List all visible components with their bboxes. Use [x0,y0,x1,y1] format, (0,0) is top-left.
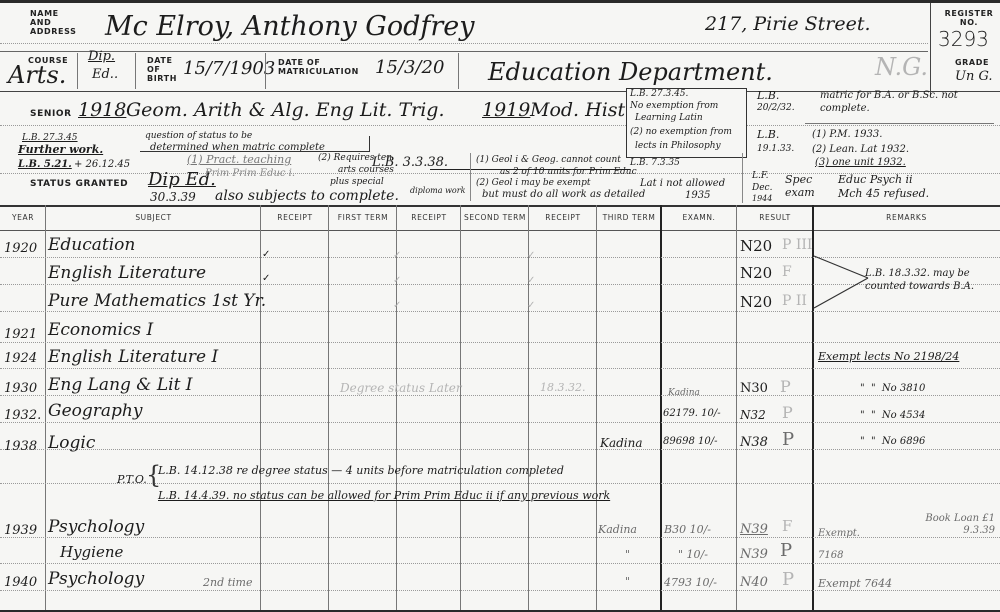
grade-label: Grade [955,58,989,67]
col-header-third-term: Third Term [597,207,661,229]
student-name: Mc Elroy, Anthony Godfrey [105,11,475,42]
date-of-birth: 15/7/1903 [183,58,275,79]
condition-2: (2) Requires ten [318,153,392,163]
condition-3c: (2) Geol i may be exempt [476,178,590,188]
senior-subjects-1919: Mod. Hist [530,99,625,121]
condition-latin: Lat i not allowed [640,178,725,189]
register-label: Register No. [940,9,998,27]
lb-note2-line3: (3) one unit 1932. [815,157,906,168]
check-icon: ✓ [393,275,401,286]
condition-3d: but must do all work as detailed [482,189,645,200]
col-header-first-term: First Term [329,207,397,229]
lb-note-text: matric for B.A. or B.Sc. not complete. [820,89,990,115]
col-header-receipt-3: Receipt [529,207,597,229]
spec-exam-note-1: Educ Psych ii [838,173,913,186]
exemption-note-box: L.B. 27.3.45. No exemption from Learning… [626,88,747,158]
lb-date-26-12-45: + 26.12.45 [74,159,130,170]
pto-label: P.T.O. [117,473,147,486]
lb-note2-line2: (2) Lean. Lat 1932. [812,144,909,155]
check-icon: ✓ [527,275,535,286]
further-work-date: L.B. 27.3.45 [22,133,78,143]
check-icon: ✓ [393,300,401,311]
lf-dec: Dec. [752,183,772,193]
col-header-result: Result [737,207,813,229]
senior-label: Senior [30,110,72,119]
col-header-subject: Subject [46,207,261,229]
condition-2d: diploma work [410,186,465,195]
lf-year: 1944 [752,194,772,203]
condition-3b: as 2 of 10 units for Prim Educ [500,167,637,177]
course-value: Arts. [8,61,66,89]
lb-note2-label: L.B. [757,128,779,141]
check-icon: ✓ [527,250,535,261]
condition-1: (1) Pract. teaching [187,153,291,166]
col-header-remarks: Remarks [813,207,1000,229]
col-header-year: Year [0,207,46,229]
matric-label: Date of Matriculation [278,58,359,76]
status-granted-note: also subjects to complete. [215,188,399,204]
date-of-matriculation: 15/3/20 [375,57,444,78]
lb-note-label: L.B. [757,89,779,102]
lb-note-date: 20/2/32. [757,103,795,113]
dob-label: Date of Birth [147,56,177,83]
faint-degree-note: Degree status Later [340,381,462,395]
condition-1935: 1935 [685,190,710,201]
col-header-receipt-2: Receipt [397,207,461,229]
further-work-note: Further work. [18,143,103,156]
check-icon: ✓ [527,300,535,311]
status-granted-label: Status Granted [30,180,128,189]
check-icon: ✓ [393,250,401,261]
spec-exam: Spec exam [785,173,825,199]
condition-lb-date: L.B. 7.3.35 [630,158,680,168]
status-granted-date: 30.3.39 [150,190,196,204]
name-address-label: Name and Address [30,9,76,36]
student-address: 217, Pirie Street. [705,13,871,35]
course-sub-2: Ed.. [92,67,118,82]
condition-2b: arts courses [338,165,394,175]
grade-value: Un G. [955,69,993,84]
senior-year-1918: 1918 [78,99,126,121]
course-sub-1: Dip. [88,49,115,64]
col-header-receipt-1: Receipt [261,207,329,229]
lb-5-21-note: L.B. 5.21. [18,159,72,170]
lb-note2-date: 19.1.33. [757,144,794,154]
bracket-arrow-icon [812,253,872,313]
grade-mark: N.G. [875,53,928,81]
status-granted-sub: Prim Prim Educ i. [205,168,295,179]
col-header-second-term: Second Term [461,207,529,229]
lf-label: L.F. [752,171,769,181]
senior-year-1919: 1919 [482,99,530,121]
register-number: 3293 [938,27,989,51]
student-record-card: Name and Address Mc Elroy, Anthony Godfr… [0,0,1000,612]
spec-exam-note-2: Mch 45 refused. [838,187,929,200]
check-icon: ✓ [262,249,270,260]
department: Education Department. [488,58,773,86]
pto-note-2: L.B. 14.4.39. no status can be allowed f… [158,489,610,502]
lb-note2-line1: (1) P.M. 1933. [812,129,882,140]
faint-date: 18.3.32. [540,381,585,394]
condition-2c: plus special [330,177,384,187]
senior-subjects-1918: Geom. Arith & Alg. Eng Lit. Trig. [126,99,445,121]
bracket-line [140,136,370,152]
condition-3a: (1) Geol i & Geog. cannot count [476,155,621,165]
col-header-examn: Examn. [661,207,737,229]
pto-note-1: L.B. 14.12.38 re degree status — 4 units… [158,464,564,477]
check-icon: ✓ [262,273,270,284]
